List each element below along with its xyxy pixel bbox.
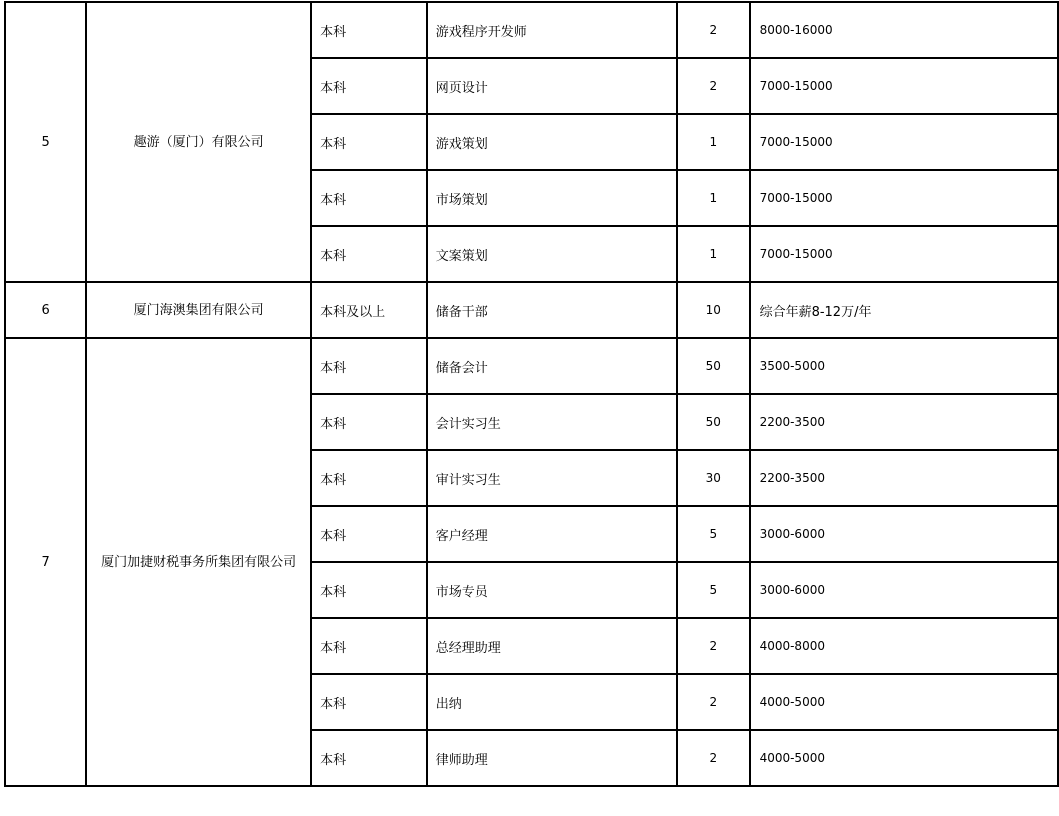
- position-cell: 市场策划: [427, 170, 677, 226]
- headcount-cell: 5: [677, 562, 750, 618]
- education-cell: 本科: [311, 226, 427, 282]
- education-cell: 本科: [311, 2, 427, 58]
- row-number: 7: [5, 338, 86, 786]
- salary-cell: 2200-3500: [750, 394, 1058, 450]
- education-cell: 本科: [311, 114, 427, 170]
- company-name: 趣游（厦门）有限公司: [86, 2, 311, 282]
- row-number: 6: [5, 282, 86, 338]
- headcount-cell: 2: [677, 618, 750, 674]
- headcount-cell: 2: [677, 674, 750, 730]
- position-cell: 出纳: [427, 674, 677, 730]
- position-cell: 网页设计: [427, 58, 677, 114]
- position-cell: 市场专员: [427, 562, 677, 618]
- salary-cell: 3000-6000: [750, 506, 1058, 562]
- headcount-cell: 1: [677, 114, 750, 170]
- table-row: 5 趣游（厦门）有限公司 本科 游戏程序开发师 2 8000-16000: [5, 2, 1058, 58]
- headcount-cell: 5: [677, 506, 750, 562]
- headcount-cell: 1: [677, 170, 750, 226]
- headcount-cell: 30: [677, 450, 750, 506]
- position-cell: 律师助理: [427, 730, 677, 786]
- headcount-cell: 10: [677, 282, 750, 338]
- row-number: 5: [5, 2, 86, 282]
- job-listings-table: 5 趣游（厦门）有限公司 本科 游戏程序开发师 2 8000-16000 本科 …: [4, 1, 1059, 787]
- salary-cell: 4000-8000: [750, 618, 1058, 674]
- headcount-cell: 50: [677, 394, 750, 450]
- headcount-cell: 2: [677, 2, 750, 58]
- position-cell: 审计实习生: [427, 450, 677, 506]
- education-cell: 本科: [311, 730, 427, 786]
- education-cell: 本科: [311, 338, 427, 394]
- education-cell: 本科: [311, 58, 427, 114]
- salary-cell: 4000-5000: [750, 674, 1058, 730]
- position-cell: 储备干部: [427, 282, 677, 338]
- position-cell: 客户经理: [427, 506, 677, 562]
- position-cell: 游戏策划: [427, 114, 677, 170]
- company-name: 厦门海澳集团有限公司: [86, 282, 311, 338]
- salary-cell: 2200-3500: [750, 450, 1058, 506]
- table-row: 7 厦门加捷财税事务所集团有限公司 本科 储备会计 50 3500-5000: [5, 338, 1058, 394]
- headcount-cell: 2: [677, 730, 750, 786]
- headcount-cell: 1: [677, 226, 750, 282]
- headcount-cell: 2: [677, 58, 750, 114]
- position-cell: 文案策划: [427, 226, 677, 282]
- salary-cell: 8000-16000: [750, 2, 1058, 58]
- education-cell: 本科及以上: [311, 282, 427, 338]
- salary-cell: 7000-15000: [750, 114, 1058, 170]
- table-row: 6 厦门海澳集团有限公司 本科及以上 储备干部 10 综合年薪8-12万/年: [5, 282, 1058, 338]
- position-cell: 会计实习生: [427, 394, 677, 450]
- education-cell: 本科: [311, 618, 427, 674]
- position-cell: 游戏程序开发师: [427, 2, 677, 58]
- education-cell: 本科: [311, 394, 427, 450]
- salary-cell: 3000-6000: [750, 562, 1058, 618]
- education-cell: 本科: [311, 170, 427, 226]
- education-cell: 本科: [311, 562, 427, 618]
- headcount-cell: 50: [677, 338, 750, 394]
- position-cell: 总经理助理: [427, 618, 677, 674]
- salary-cell: 4000-5000: [750, 730, 1058, 786]
- position-cell: 储备会计: [427, 338, 677, 394]
- education-cell: 本科: [311, 450, 427, 506]
- salary-cell: 综合年薪8-12万/年: [750, 282, 1058, 338]
- salary-cell: 7000-15000: [750, 58, 1058, 114]
- company-name: 厦门加捷财税事务所集团有限公司: [86, 338, 311, 786]
- education-cell: 本科: [311, 506, 427, 562]
- salary-cell: 7000-15000: [750, 170, 1058, 226]
- salary-cell: 7000-15000: [750, 226, 1058, 282]
- salary-cell: 3500-5000: [750, 338, 1058, 394]
- education-cell: 本科: [311, 674, 427, 730]
